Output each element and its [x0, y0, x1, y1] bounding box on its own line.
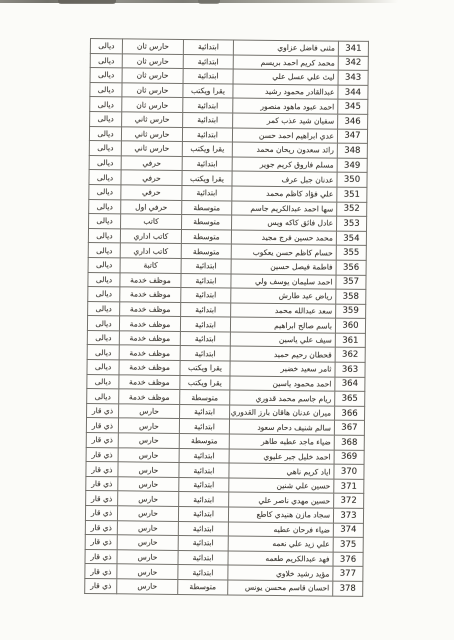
- cell-education: ابتدائية: [181, 258, 231, 273]
- cell-number: 341: [338, 41, 368, 56]
- cell-education: يقرا ويكتب: [180, 375, 230, 390]
- cell-education: ابتدائية: [183, 98, 233, 113]
- personnel-table-body: 341مثنى فاضل عزاويابتدائيةحارس ثانديالى3…: [85, 39, 369, 597]
- cell-governorate: ديالى: [88, 272, 120, 287]
- cell-job-title: موظف خدمة: [119, 374, 180, 389]
- cell-governorate: ديالى: [87, 360, 119, 375]
- cell-name: مؤيد رشيد خلاوي: [228, 565, 333, 581]
- cell-job-title: حارس: [118, 462, 179, 477]
- cell-education: ابتدائية: [180, 404, 230, 419]
- cell-name: مثنى فاضل عزاوي: [233, 40, 338, 56]
- cell-governorate: ديالى: [90, 111, 122, 126]
- cell-name: عدنان جبل عرف: [232, 171, 337, 187]
- cell-job-title: كاتب اداري: [120, 243, 181, 258]
- cell-name: ريام جاسم محمد قدوري: [230, 390, 335, 406]
- cell-number: 351: [337, 187, 367, 202]
- cell-education: ابتدائية: [179, 492, 229, 507]
- table-row: 378احسان قاسم محسن يونسمتوسطةحارسذي قار: [85, 578, 363, 596]
- cell-education: متوسطة: [182, 200, 232, 215]
- cell-education: متوسطة: [181, 229, 231, 244]
- cell-job-title: موظف خدمة: [119, 316, 180, 331]
- cell-name: عبدالقادر محمود رشيد: [233, 84, 338, 100]
- cell-job-title: حارس ثاني: [121, 141, 182, 156]
- cell-name: ضياء ماجد عطيه طاهر: [229, 434, 334, 450]
- cell-job-title: حارس ثان: [122, 97, 183, 112]
- cell-education: يقرا ويكتب: [182, 171, 232, 186]
- cell-name: سعد عبدالله محمد: [231, 303, 336, 319]
- cell-name: احمد سليمان يوسف ولي: [231, 273, 336, 289]
- cell-name: ضياء فرحان عطيه: [228, 522, 333, 538]
- cell-number: 352: [337, 202, 367, 217]
- cell-number: 357: [336, 275, 366, 290]
- cell-education: ابتدائية: [178, 550, 228, 565]
- cell-name: ليث علي عسل علي: [233, 69, 338, 85]
- cell-number: 377: [333, 566, 363, 581]
- cell-job-title: حارس ثاني: [121, 126, 182, 141]
- cell-name: محمد كريم احمد بريسم: [233, 55, 338, 71]
- cell-number: 378: [333, 581, 363, 596]
- cell-name: محمد حسين فرج مجيد: [231, 230, 336, 246]
- cell-number: 376: [333, 552, 363, 567]
- cell-education: متوسطة: [178, 579, 228, 595]
- cell-number: 368: [334, 435, 364, 450]
- cell-job-title: حارس: [118, 477, 179, 492]
- cell-governorate: ديالى: [89, 184, 121, 199]
- cell-education: ابتدائية: [178, 506, 228, 521]
- cell-number: 358: [336, 289, 366, 304]
- cell-name: احمد عبود ماهود منصور: [233, 98, 338, 114]
- cell-governorate: ذي قار: [85, 535, 117, 550]
- cell-number: 365: [335, 391, 365, 406]
- cell-education: ابتدائية: [178, 536, 228, 551]
- cell-number: 345: [338, 99, 368, 114]
- cell-name: باسم صالح ابراهيم: [230, 317, 335, 333]
- cell-job-title: حارس: [117, 579, 178, 595]
- cell-job-title: موظف خدمة: [119, 360, 180, 375]
- cell-name: حسام كاظم حسن يعكوب: [231, 244, 336, 260]
- cell-governorate: ديالى: [90, 53, 122, 68]
- cell-governorate: ديالى: [88, 243, 120, 258]
- cell-number: 343: [338, 70, 368, 85]
- cell-number: 367: [334, 421, 364, 436]
- cell-job-title: حارس ثاني: [122, 112, 183, 127]
- cell-number: 373: [333, 508, 363, 523]
- cell-governorate: ديالى: [88, 228, 120, 243]
- cell-number: 370: [334, 464, 364, 479]
- cell-education: ابتدائية: [180, 346, 230, 361]
- cell-number: 362: [335, 348, 365, 363]
- cell-education: متوسطة: [181, 244, 231, 259]
- cell-job-title: حارس: [117, 564, 178, 579]
- cell-number: 360: [335, 318, 365, 333]
- cell-governorate: ديالى: [88, 287, 120, 302]
- cell-name: ميران عدنان هاقان بارز القدوري: [230, 405, 335, 421]
- cell-education: ابتدائية: [181, 273, 231, 288]
- cell-education: ابتدائية: [183, 112, 233, 127]
- cell-job-title: موظف خدمة: [120, 287, 181, 302]
- cell-job-title: حارس: [118, 491, 179, 506]
- cell-governorate: ديالى: [87, 389, 119, 404]
- personnel-table: 341مثنى فاضل عزاويابتدائيةحارس ثانديالى3…: [84, 38, 369, 597]
- cell-number: 359: [336, 304, 366, 319]
- cell-education: ابتدائية: [183, 69, 233, 84]
- cell-job-title: كاتبة: [120, 258, 181, 273]
- cell-job-title: حارس ثان: [122, 53, 183, 68]
- cell-name: رائد سعدون ريحان محمد: [232, 142, 337, 158]
- cell-governorate: ديالى: [87, 374, 119, 389]
- cell-education: ابتدائية: [181, 288, 231, 303]
- cell-name: احمد خليل جبر عليوي: [229, 449, 334, 465]
- cell-job-title: موظف خدمة: [120, 272, 181, 287]
- cell-job-title: حارس ثان: [122, 83, 183, 98]
- cell-governorate: ذي قار: [86, 433, 118, 448]
- cell-education: ابتدائية: [183, 54, 233, 69]
- cell-governorate: ديالى: [87, 316, 119, 331]
- cell-governorate: ديالى: [88, 257, 120, 272]
- cell-name: قحطان رحيم حميد: [230, 346, 335, 362]
- cell-governorate: ذي قار: [86, 476, 118, 491]
- cell-governorate: ديالى: [90, 39, 122, 54]
- cell-name: سفيان شيد عذب كمر: [233, 113, 338, 129]
- cell-governorate: ديالى: [87, 345, 119, 360]
- cell-governorate: ديالى: [90, 68, 122, 83]
- cell-name: احمد محمود ياسين: [230, 376, 335, 392]
- cell-education: متوسطة: [182, 215, 232, 230]
- cell-name: حسين علي شنين: [229, 478, 334, 494]
- cell-number: 350: [337, 172, 367, 187]
- cell-job-title: حرفي: [121, 170, 182, 185]
- cell-education: ابتدائية: [183, 39, 233, 54]
- cell-number: 344: [338, 85, 368, 100]
- cell-governorate: ديالى: [90, 82, 122, 97]
- cell-job-title: حارس ثان: [122, 39, 183, 54]
- cell-education: ابتدائية: [182, 127, 232, 142]
- cell-name: فاطمة فيصل حسين: [231, 259, 336, 275]
- cell-number: 364: [335, 377, 365, 392]
- cell-job-title: حارس: [117, 506, 178, 521]
- cell-name: فهد عبدالكريم طعمه: [228, 551, 333, 567]
- cell-name: سجاد مازن هنيدي كاطع: [228, 507, 333, 523]
- cell-governorate: ديالى: [89, 199, 121, 214]
- cell-number: 375: [333, 537, 363, 552]
- cell-job-title: حارس ثان: [122, 68, 183, 83]
- cell-education: ابتدائية: [180, 317, 230, 332]
- cell-education: ابتدائية: [180, 331, 230, 346]
- cell-job-title: حارس: [118, 418, 179, 433]
- cell-job-title: حارس: [119, 404, 180, 419]
- cell-job-title: كاتب اداري: [120, 229, 181, 244]
- cell-governorate: ذي قار: [85, 505, 117, 520]
- cell-job-title: حارس: [118, 447, 179, 462]
- cell-governorate: ذي قار: [86, 462, 118, 477]
- cell-education: يقرا ويكتب: [182, 142, 232, 157]
- cell-job-title: موظف خدمة: [120, 302, 181, 317]
- cell-governorate: ذي قار: [85, 549, 117, 564]
- cell-governorate: ذي قار: [86, 491, 118, 506]
- cell-governorate: ديالى: [89, 141, 121, 156]
- cell-governorate: ذي قار: [87, 403, 119, 418]
- cell-name: سيف علي ياسين: [230, 332, 335, 348]
- cell-governorate: ديالى: [90, 97, 122, 112]
- scan-artifact-blob: [58, 0, 116, 4]
- cell-education: ابتدائية: [179, 477, 229, 492]
- cell-education: يقرا ويكتب: [183, 83, 233, 98]
- cell-name: ثامر سعيد خضير: [230, 361, 335, 377]
- cell-number: 363: [335, 362, 365, 377]
- cell-governorate: ذي قار: [85, 520, 117, 535]
- cell-number: 369: [334, 450, 364, 465]
- cell-number: 348: [337, 143, 367, 158]
- cell-education: ابتدائية: [182, 185, 232, 200]
- cell-job-title: حارس: [117, 535, 178, 550]
- cell-governorate: ذي قار: [85, 578, 117, 593]
- cell-job-title: حرفي: [121, 185, 182, 200]
- cell-job-title: موظف خدمة: [119, 389, 180, 404]
- cell-number: 347: [337, 129, 367, 144]
- cell-name: مسلم فاروق كريم جوير: [232, 157, 337, 173]
- cell-governorate: ذي قار: [85, 564, 117, 579]
- cell-job-title: حارس: [117, 550, 178, 565]
- cell-number: 349: [337, 158, 367, 173]
- cell-name: سالم شنيف دحام سعود: [229, 419, 334, 435]
- cell-number: 354: [336, 231, 366, 246]
- cell-governorate: ديالى: [87, 330, 119, 345]
- cell-number: 372: [334, 493, 364, 508]
- cell-number: 356: [336, 260, 366, 275]
- cell-education: متوسطة: [179, 433, 229, 448]
- cell-governorate: ديالى: [89, 155, 121, 170]
- cell-job-title: حارس: [118, 433, 179, 448]
- cell-name: عادل فائق كاكه ويس: [232, 215, 337, 231]
- cell-name: حسين مهدي ناصر علي: [229, 492, 334, 508]
- cell-number: 355: [336, 245, 366, 260]
- cell-governorate: ذي قار: [86, 447, 118, 462]
- cell-governorate: ديالى: [89, 126, 121, 141]
- cell-governorate: ديالى: [89, 170, 121, 185]
- cell-job-title: حارس: [117, 520, 178, 535]
- cell-name: احسان قاسم محسن يونس: [228, 580, 333, 596]
- cell-governorate: ديالى: [89, 214, 121, 229]
- cell-governorate: ذي قار: [86, 418, 118, 433]
- cell-education: متوسطة: [180, 390, 230, 405]
- cell-governorate: ديالى: [88, 301, 120, 316]
- cell-number: 353: [336, 216, 366, 231]
- cell-number: 346: [338, 114, 368, 129]
- cell-education: ابتدائية: [179, 448, 229, 463]
- cell-job-title: موظف خدمة: [119, 331, 180, 346]
- personnel-table-container: 341مثنى فاضل عزاويابتدائيةحارس ثانديالى3…: [84, 38, 369, 597]
- cell-job-title: كاتب: [121, 214, 182, 229]
- cell-number: 374: [333, 523, 363, 538]
- cell-job-title: موظف خدمة: [119, 345, 180, 360]
- cell-job-title: حرفي: [121, 156, 182, 171]
- cell-name: اياد كريم ناهي: [229, 463, 334, 479]
- cell-education: ابتدائية: [179, 463, 229, 478]
- cell-name: علي فؤاد كاظم محمد: [232, 186, 337, 202]
- cell-name: عدي ابراهيم احمد حسن: [232, 128, 337, 144]
- cell-education: ابتدائية: [179, 419, 229, 434]
- cell-name: علي زيد علي نعمه: [228, 536, 333, 552]
- cell-education: يقرا ويكتب: [180, 361, 230, 376]
- cell-number: 366: [335, 406, 365, 421]
- cell-job-title: حرفي اول: [121, 199, 182, 214]
- cell-education: ابتدائية: [178, 521, 228, 536]
- scan-artifact-blob: [198, 0, 220, 4]
- cell-education: ابتدائية: [178, 565, 228, 580]
- cell-number: 342: [338, 56, 368, 71]
- cell-name: رياض عيد طارش: [231, 288, 336, 304]
- cell-number: 371: [334, 479, 364, 494]
- scanned-document-page: { "page": { "background_color": "#fbfbf8…: [0, 0, 454, 640]
- cell-name: سها احمد عبدالكريم جاسم: [232, 201, 337, 217]
- cell-education: ابتدائية: [182, 156, 232, 171]
- cell-education: ابتدائية: [181, 302, 231, 317]
- cell-number: 361: [335, 333, 365, 348]
